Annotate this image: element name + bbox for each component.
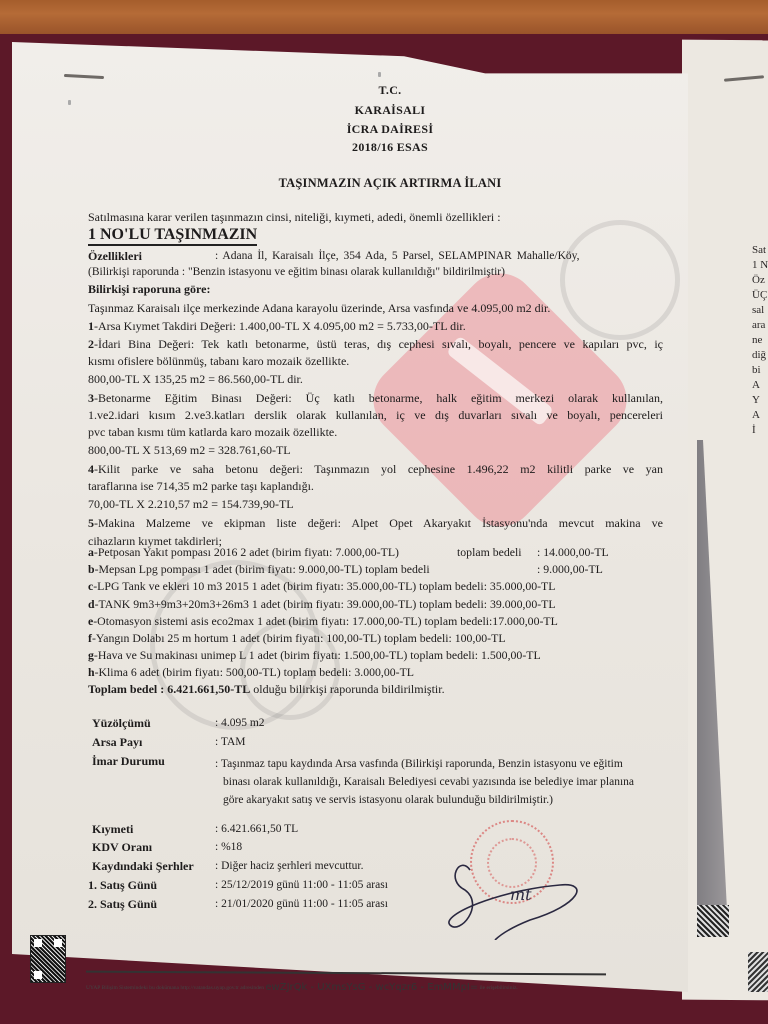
- item-number: 1: [88, 319, 94, 333]
- item-number: 2: [88, 337, 94, 351]
- equipment-item-c: c-LPG Tank ve ekleri 10 m3 2015 1 adet (…: [88, 579, 555, 594]
- item-number: 4: [88, 462, 94, 476]
- equipment-item-b: b-Mepsan Lpg pompası 1 adet (birim fiyat…: [88, 562, 430, 577]
- valuation-item-2-line: kısmı ofislere bölünmüş, tabanı karo moz…: [88, 354, 349, 369]
- equipment-item-d: d-TANK 9m3+9m3+20m3+26m3 1 adet (birim f…: [88, 597, 556, 612]
- valuation-item-3-line: pvc taban kısmı tüm katlarda karo mozaik…: [88, 425, 337, 440]
- report-intro: Taşınmaz Karaisalı ilçe merkezinde Adana…: [88, 301, 550, 316]
- features-label: Özellikleri: [88, 249, 142, 264]
- valuation-item-4-line: 4-Kilit parke ve saha betonu değeri: Taş…: [88, 462, 663, 477]
- equipment-item-g: g-Hava ve Su makinası unimep L 1 adet (b…: [88, 648, 541, 663]
- item-number: 3: [88, 391, 94, 405]
- equipment-key: a: [88, 545, 94, 559]
- detail-value: : %18: [215, 841, 242, 853]
- detail-value: : 4.095 m2: [215, 717, 265, 729]
- qr-code[interactable]: [30, 935, 66, 983]
- detail-label: KDV Oranı: [92, 840, 152, 855]
- equipment-key: g: [88, 648, 94, 662]
- features-note: (Bilirkişi raporunda : "Benzin istasyonu…: [88, 266, 505, 278]
- detail-value: : TAM: [215, 736, 246, 748]
- signature: mt: [440, 850, 590, 940]
- equipment-item-h: h-Klima 6 adet (birim fiyatı: 500,00-TL)…: [88, 665, 414, 680]
- header-district: KARAİSALI: [200, 103, 580, 118]
- equipment-key: f: [88, 631, 92, 645]
- document-title: TAŞINMAZIN AÇIK ARTIRMA İLANI: [220, 176, 560, 191]
- footer-suffix: ile erişebilirsiniz.: [480, 985, 518, 991]
- detail-label: Kıymeti: [92, 822, 133, 837]
- equipment-item-a: a-Petposan Yakıt pompası 2016 2 adet (bi…: [88, 545, 399, 560]
- footer-verification: UYAP Bilişim Sistemindeki bu dokümana ht…: [86, 982, 518, 993]
- equipment-item-e: e-Otomasyon sistemi asis eco2max 1 adet …: [88, 614, 558, 629]
- total-line: Toplam bedel : 6.421.661,50-TL olduğu bi…: [88, 682, 445, 697]
- document-content: T.C. KARAİSALI İCRA DAİRESİ 2018/16 ESAS…: [0, 0, 768, 1024]
- valuation-item-3-line: 3-Betonarme Eğitim Binası Değeri: Üç kat…: [88, 391, 663, 406]
- header-tc: T.C.: [200, 83, 580, 98]
- detail-label: İmar Durumu: [92, 754, 165, 769]
- valuation-item-1-line: 1-Arsa Kıymet Takdiri Değeri: 1.400,00-T…: [88, 319, 466, 334]
- detail-label: Yüzölçümü: [92, 716, 151, 731]
- detail-value: : Diğer haciz şerhleri mevcuttur.: [215, 860, 363, 872]
- footer-divider: [86, 971, 606, 976]
- detail-label: 2. Satış Günü: [88, 897, 157, 912]
- header-office: İCRA DAİRESİ: [200, 122, 580, 137]
- features-value: : Adana İl, Karaisalı İlçe, 354 Ada, 5 P…: [215, 250, 580, 262]
- valuation-item-2-line: 2-İdari Bina Değeri: Tek katlı betonarme…: [88, 337, 663, 352]
- total-amount: Toplam bedel : 6.421.661,50-TL: [88, 682, 250, 696]
- detail-label: Kaydındaki Şerhler: [92, 859, 194, 874]
- detail-value: : 25/12/2019 günü 11:00 - 11:05 arası: [215, 879, 388, 891]
- item-number: 5: [88, 516, 94, 530]
- equipment-key: b: [88, 562, 95, 576]
- detail-value: : Taşınmaz tapu kaydında Arsa vasfında (…: [215, 755, 643, 809]
- report-heading: Bilirkişi raporuna göre:: [88, 282, 210, 297]
- header-case-number: 2018/16 ESAS: [200, 140, 580, 155]
- detail-label: Arsa Payı: [92, 735, 142, 750]
- verification-code: ewZJrQk - UXmsYsG - wcYqzr6 - EmMMpI=: [265, 982, 478, 993]
- total-note: olduğu bilirkişi raporunda bildirilmişti…: [250, 682, 444, 696]
- section-title: 1 NO'LU TAŞINMAZIN: [88, 225, 257, 246]
- valuation-item-3-line: 800,00-TL X 513,69 m2 = 328.761,60-TL: [88, 443, 291, 458]
- valuation-item-5-line: 5-Makina Malzeme ve ekipman liste değeri…: [88, 516, 663, 531]
- svg-text:mt: mt: [510, 885, 532, 904]
- valuation-item-3-line: 1.ve2.idari kısım 2.ve3.katları derslik …: [88, 408, 663, 423]
- detail-value: : 21/01/2020 günü 11:00 - 11:05 arası: [215, 898, 388, 910]
- detail-label: 1. Satış Günü: [88, 878, 157, 893]
- valuation-item-4-line: 70,00-TL X 2.210,57 m2 = 154.739,90-TL: [88, 497, 294, 512]
- valuation-item-4-line: taraflarına ise 714,35 m2 parke taşı kap…: [88, 479, 314, 494]
- equipment-total: : 14.000,00-TL: [537, 545, 609, 560]
- equipment-key: c: [88, 579, 93, 593]
- equipment-key: h: [88, 665, 95, 679]
- equipment-item-f: f-Yangın Dolabı 25 m hortum 1 adet (biri…: [88, 631, 506, 646]
- equipment-key: e: [88, 614, 93, 628]
- valuation-item-2-line: 800,00-TL X 135,25 m2 = 86.560,00-TL dir…: [88, 372, 303, 387]
- footer-prefix: UYAP Bilişim Sistemindeki bu dokümana ht…: [86, 985, 264, 991]
- equipment-total: : 9.000,00-TL: [537, 562, 603, 577]
- equipment-total-label: toplam bedeli: [457, 545, 522, 560]
- detail-value: : 6.421.661,50 TL: [215, 823, 298, 835]
- equipment-key: d: [88, 597, 95, 611]
- intro-text: Satılmasına karar verilen taşınmazın cin…: [88, 210, 501, 225]
